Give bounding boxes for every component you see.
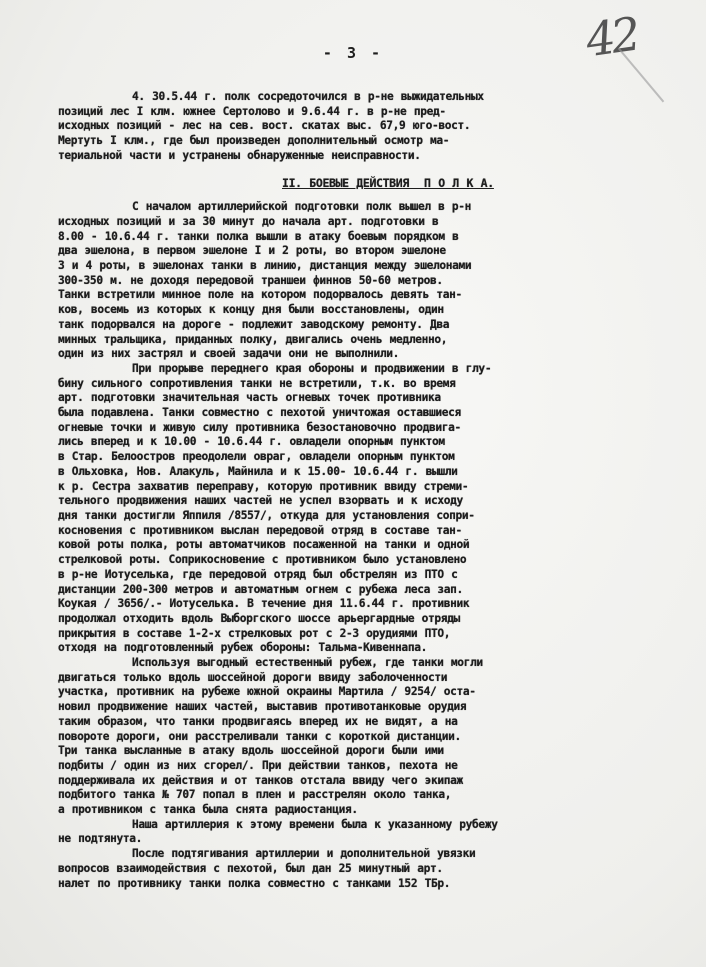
document-body: 4. 30.5.44 г. полк сосредоточился в р-не… (58, 90, 678, 891)
text-line: а противником с танка была снята радиост… (58, 803, 678, 818)
text-line: бину сильного сопротивления танки не вст… (58, 377, 678, 392)
text-line: была подавлена. Танки совместно с пехото… (58, 406, 678, 421)
text-line: поддерживала их действия и от танков отс… (58, 774, 678, 789)
text-line: минных тральщика, приданных полку, двига… (58, 333, 678, 348)
document-page: - 3 - 42 4. 30.5.44 г. полк сосредоточил… (0, 0, 706, 967)
text-line: Наша артиллерия к этому времени была к у… (58, 818, 678, 833)
text-line: к р. Сестра захватив переправу, которую … (58, 480, 678, 495)
text-line: танк подорвался на дороге - подлежит зав… (58, 318, 678, 333)
text-line: участка, противник на рубеже южной окраи… (58, 685, 678, 700)
paragraph-enemy-defense: Используя выгодный естественный рубеж, г… (58, 656, 678, 818)
text-line: При прорыве переднего края обороны и про… (58, 362, 678, 377)
handwritten-archive-number: 42 (582, 7, 640, 68)
text-line: 4. 30.5.44 г. полк сосредоточился в р-не… (58, 90, 678, 105)
paragraph-artillery-strike: После подтягивания артиллерии и дополнит… (58, 847, 678, 891)
text-line: прикрытия в составе 1-2-х стрелковых рот… (58, 627, 678, 642)
text-line: 300-350 м. не доходя передовой траншеи ф… (58, 274, 678, 289)
text-line: подбитого танка № 707 попал в плен и рас… (58, 788, 678, 803)
paragraph-combat-start: С началом артиллерийской подготовки полк… (58, 200, 678, 362)
text-line: лись вперед и к 10.00 - 10.6.44 г. овлад… (58, 435, 678, 450)
text-line: подбиты / один из них сгорел/. При дейст… (58, 759, 678, 774)
text-line: повороте дороги, они расстреливали танки… (58, 730, 678, 745)
text-line: дня танки достигли Яппиля /8557/, откуда… (58, 509, 678, 524)
text-line: стрелковой роты. Соприкосновение с проти… (58, 553, 678, 568)
text-line: Танки встретили минное поле на котором п… (58, 288, 678, 303)
text-line: продолжал отходить вдоль Выборгского шос… (58, 612, 678, 627)
text-line: Коукая / 3656/.- Иотуселька. В течение д… (58, 597, 678, 612)
paragraph-breakthrough: При прорыве переднего края обороны и про… (58, 362, 678, 656)
text-line: косновения с противником выслан передово… (58, 524, 678, 539)
text-line: таким образом, что танки продвигаясь впе… (58, 715, 678, 730)
text-line: в р-не Иотуселька, где передовой отряд б… (58, 568, 678, 583)
text-line: ков, восемь из которых к концу дня были … (58, 303, 678, 318)
text-line: С началом артиллерийской подготовки полк… (58, 200, 678, 215)
text-line: не подтянута. (58, 832, 678, 847)
text-line: огневые точки и живую силу противника бе… (58, 421, 678, 436)
text-line: Три танка высланные в атаку вдоль шоссей… (58, 744, 678, 759)
text-line: тельного продвижения наших частей не усп… (58, 494, 678, 509)
text-line: позиций лес I клм. южнее Сертолово и 9.6… (58, 105, 678, 120)
text-line: арт. подготовки значительная часть огнев… (58, 391, 678, 406)
text-line: двигаться только вдоль шоссейной дороги … (58, 671, 678, 686)
text-line: исходных позиций и за 30 минут до начала… (58, 215, 678, 230)
text-line: в Стар. Белоостров преодолели овраг, овл… (58, 450, 678, 465)
text-line: новил продвижение наших частей, выставив… (58, 700, 678, 715)
text-line: ковой роты полка, роты автоматчиков поса… (58, 538, 678, 553)
text-line: один из них застрял и своей задачи они н… (58, 347, 678, 362)
text-line: исходных позиций - лес на сев. вост. ска… (58, 119, 678, 134)
section-heading: II. БОЕВЫЕ ДЕЙСТВИЯ П О Л К А. (58, 176, 678, 191)
text-line: Мертуть I клм., где был произведен допол… (58, 134, 678, 149)
text-line: отходя на подготовленный рубеж обороны: … (58, 641, 678, 656)
text-line: Используя выгодный естественный рубеж, г… (58, 656, 678, 671)
paragraph-4: 4. 30.5.44 г. полк сосредоточился в р-не… (58, 90, 678, 164)
paragraph-artillery: Наша артиллерия к этому времени была к у… (58, 818, 678, 847)
text-line: налет по противнику танки полка совместн… (58, 877, 678, 892)
text-line: дистанции 200-300 метров и автоматным ог… (58, 583, 678, 598)
text-line: 3 и 4 роты, в эшелонах танки в линию, ди… (58, 259, 678, 274)
text-line: вопросов взаимодействия с пехотой, был д… (58, 862, 678, 877)
text-line: 8.00 - 10.6.44 г. танки полка вышли в ат… (58, 230, 678, 245)
text-line: два эшелона, в первом эшелоне I и 2 роты… (58, 244, 678, 259)
text-line: териальной части и устранены обнаруженны… (58, 149, 678, 164)
text-line: После подтягивания артиллерии и дополнит… (58, 847, 678, 862)
text-line: в Ольховка, Нов. Алакуль, Майнила и к 15… (58, 465, 678, 480)
